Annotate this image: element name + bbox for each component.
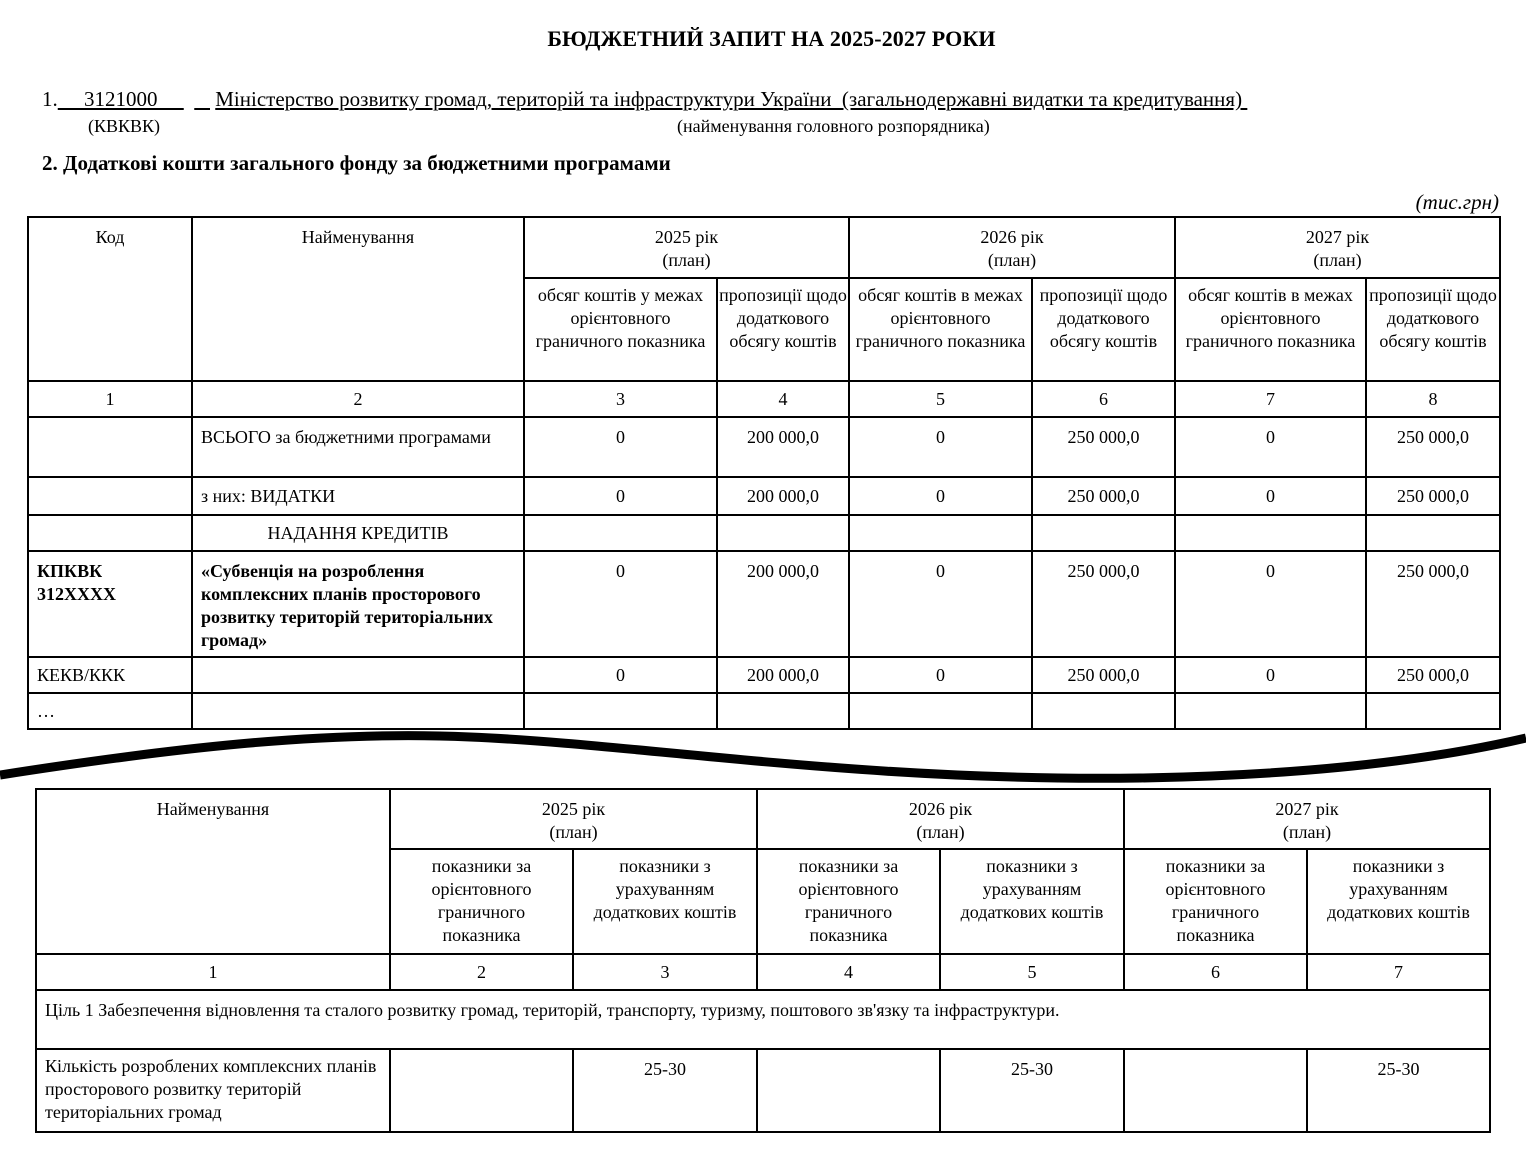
document-title: БЮДЖЕТНИЙ ЗАПИТ НА 2025-2027 РОКИ (0, 26, 1526, 52)
cell-value (757, 1049, 940, 1132)
header-year-2026: 2026 рік(план) (849, 217, 1175, 278)
row-name (192, 657, 524, 693)
indicators-table: Найменування 2025 рік(план) 2026 рік(пла… (35, 788, 1491, 1133)
cell-value: 0 (849, 477, 1032, 515)
cell-value: 0 (849, 551, 1032, 657)
page-break-wave (0, 720, 1526, 790)
cell-value: 0 (1175, 657, 1366, 693)
cell-value: 0 (849, 417, 1032, 477)
header-2025-limit: обсяг коштів у межах орієнтовного гранич… (524, 278, 717, 381)
row-code: КЕКВ/ККК (28, 657, 192, 693)
cell-value: 0 (524, 417, 717, 477)
kvkvk-label: (КВКВК) (88, 116, 160, 137)
cell-value: 200 000,0 (717, 551, 849, 657)
cell-value: 250 000,0 (1032, 657, 1175, 693)
col-number: 7 (1307, 954, 1490, 990)
header-2027-limit: показники за орієнтовного граничного пок… (1124, 849, 1307, 954)
header-year-2025: 2025 рік(план) (524, 217, 849, 278)
col-number: 7 (1175, 381, 1366, 417)
header-2025-limit: показники за орієнтовного граничного пок… (390, 849, 573, 954)
header-2027-limit: обсяг коштів в межах орієнтовного гранич… (1175, 278, 1366, 381)
row-name: НАДАННЯ КРЕДИТІВ (192, 515, 524, 551)
cell-value: 0 (849, 657, 1032, 693)
header-year-2026: 2026 рік(план) (757, 789, 1124, 849)
table-row: НАДАННЯ КРЕДИТІВ (28, 515, 1500, 551)
section-title: 2. Додаткові кошти загального фонду за б… (42, 151, 671, 176)
cell-value: 250 000,0 (1366, 657, 1500, 693)
ministry-name: Міністерство розвитку громад, територій … (215, 87, 1247, 111)
col-number: 5 (940, 954, 1124, 990)
row-code: КПКВК 312XXXX (28, 551, 192, 657)
units-label: (тис.грн) (1416, 190, 1499, 215)
cell-value: 200 000,0 (717, 417, 849, 477)
cell-value: 0 (1175, 477, 1366, 515)
cell-value (1175, 515, 1366, 551)
row-name: ВСЬОГО за бюджетними програмами (192, 417, 524, 477)
col-number: 4 (757, 954, 940, 990)
header-2025-additional: показники з урахуванням додаткових кошті… (573, 849, 757, 954)
header-2026-limit: показники за орієнтовного граничного пок… (757, 849, 940, 954)
cell-value: 0 (1175, 417, 1366, 477)
col-number: 6 (1124, 954, 1307, 990)
table-row: КЕКВ/ККК 0 200 000,0 0 250 000,0 0 250 0… (28, 657, 1500, 693)
cell-value: 250 000,0 (1366, 417, 1500, 477)
header-2027-additional: пропозиції щодо додаткового обсягу кошті… (1366, 278, 1500, 381)
header-name: Найменування (192, 217, 524, 381)
cell-value: 200 000,0 (717, 657, 849, 693)
item-number: 1. (42, 87, 58, 111)
cell-value: 0 (524, 477, 717, 515)
header-year-2027: 2027 рік(план) (1175, 217, 1500, 278)
col-number: 5 (849, 381, 1032, 417)
col-number: 2 (390, 954, 573, 990)
cell-value: 25-30 (1307, 1049, 1490, 1132)
ministry-label: (найменування головного розпорядника) (677, 116, 990, 137)
cell-value (849, 515, 1032, 551)
header-year-2025: 2025 рік(план) (390, 789, 757, 849)
kvkvk-value: 3121000 (58, 87, 184, 111)
row-code (28, 417, 192, 477)
cell-value: 25-30 (573, 1049, 757, 1132)
cell-value: 0 (524, 551, 717, 657)
col-number: 3 (573, 954, 757, 990)
budget-table: Код Найменування 2025 рік(план) 2026 рік… (27, 216, 1501, 730)
table-row: ВСЬОГО за бюджетними програмами 0 200 00… (28, 417, 1500, 477)
header-2025-additional: пропозиції щодо додаткового обсягу кошті… (717, 278, 849, 381)
cell-value (717, 515, 849, 551)
header-2027-additional: показники з урахуванням додаткових кошті… (1307, 849, 1490, 954)
col-number: 4 (717, 381, 849, 417)
table-row: з них: ВИДАТКИ 0 200 000,0 0 250 000,0 0… (28, 477, 1500, 515)
header-code: Код (28, 217, 192, 381)
col-number: 6 (1032, 381, 1175, 417)
cell-value: 250 000,0 (1366, 551, 1500, 657)
cell-value (1366, 515, 1500, 551)
table-row: Кількість розроблених комплексних планів… (36, 1049, 1490, 1132)
cell-value (524, 515, 717, 551)
cell-value: 25-30 (940, 1049, 1124, 1132)
header-year-2027: 2027 рік(план) (1124, 789, 1490, 849)
col-number: 2 (192, 381, 524, 417)
header-2026-limit: обсяг коштів в межах орієнтовного гранич… (849, 278, 1032, 381)
header-2026-additional: пропозиції щодо додаткового обсягу кошті… (1032, 278, 1175, 381)
indicator-name: Кількість розроблених комплексних планів… (36, 1049, 390, 1132)
cell-value: 250 000,0 (1032, 551, 1175, 657)
cell-value: 200 000,0 (717, 477, 849, 515)
row-name: з них: ВИДАТКИ (192, 477, 524, 515)
cell-value: 0 (1175, 551, 1366, 657)
cell-value (390, 1049, 573, 1132)
cell-value: 250 000,0 (1366, 477, 1500, 515)
col-number: 3 (524, 381, 717, 417)
cell-value: 0 (524, 657, 717, 693)
cell-value (1124, 1049, 1307, 1132)
cell-value: 250 000,0 (1032, 477, 1175, 515)
ministry-line: 1. 3121000 Міністерство розвитку громад,… (42, 87, 1247, 112)
ministry-prefix (194, 87, 210, 111)
col-number: 1 (36, 954, 390, 990)
row-code (28, 515, 192, 551)
row-code (28, 477, 192, 515)
cell-value: 250 000,0 (1032, 417, 1175, 477)
row-name: «Субвенція на розроблення комплексних пл… (192, 551, 524, 657)
header-name: Найменування (36, 789, 390, 954)
col-number: 8 (1366, 381, 1500, 417)
header-2026-additional: показники з урахуванням додаткових кошті… (940, 849, 1124, 954)
table-row: КПКВК 312XXXX «Субвенція на розроблення … (28, 551, 1500, 657)
cell-value (1032, 515, 1175, 551)
goal-row: Ціль 1 Забезпечення відновлення та стало… (36, 990, 1490, 1049)
col-number: 1 (28, 381, 192, 417)
